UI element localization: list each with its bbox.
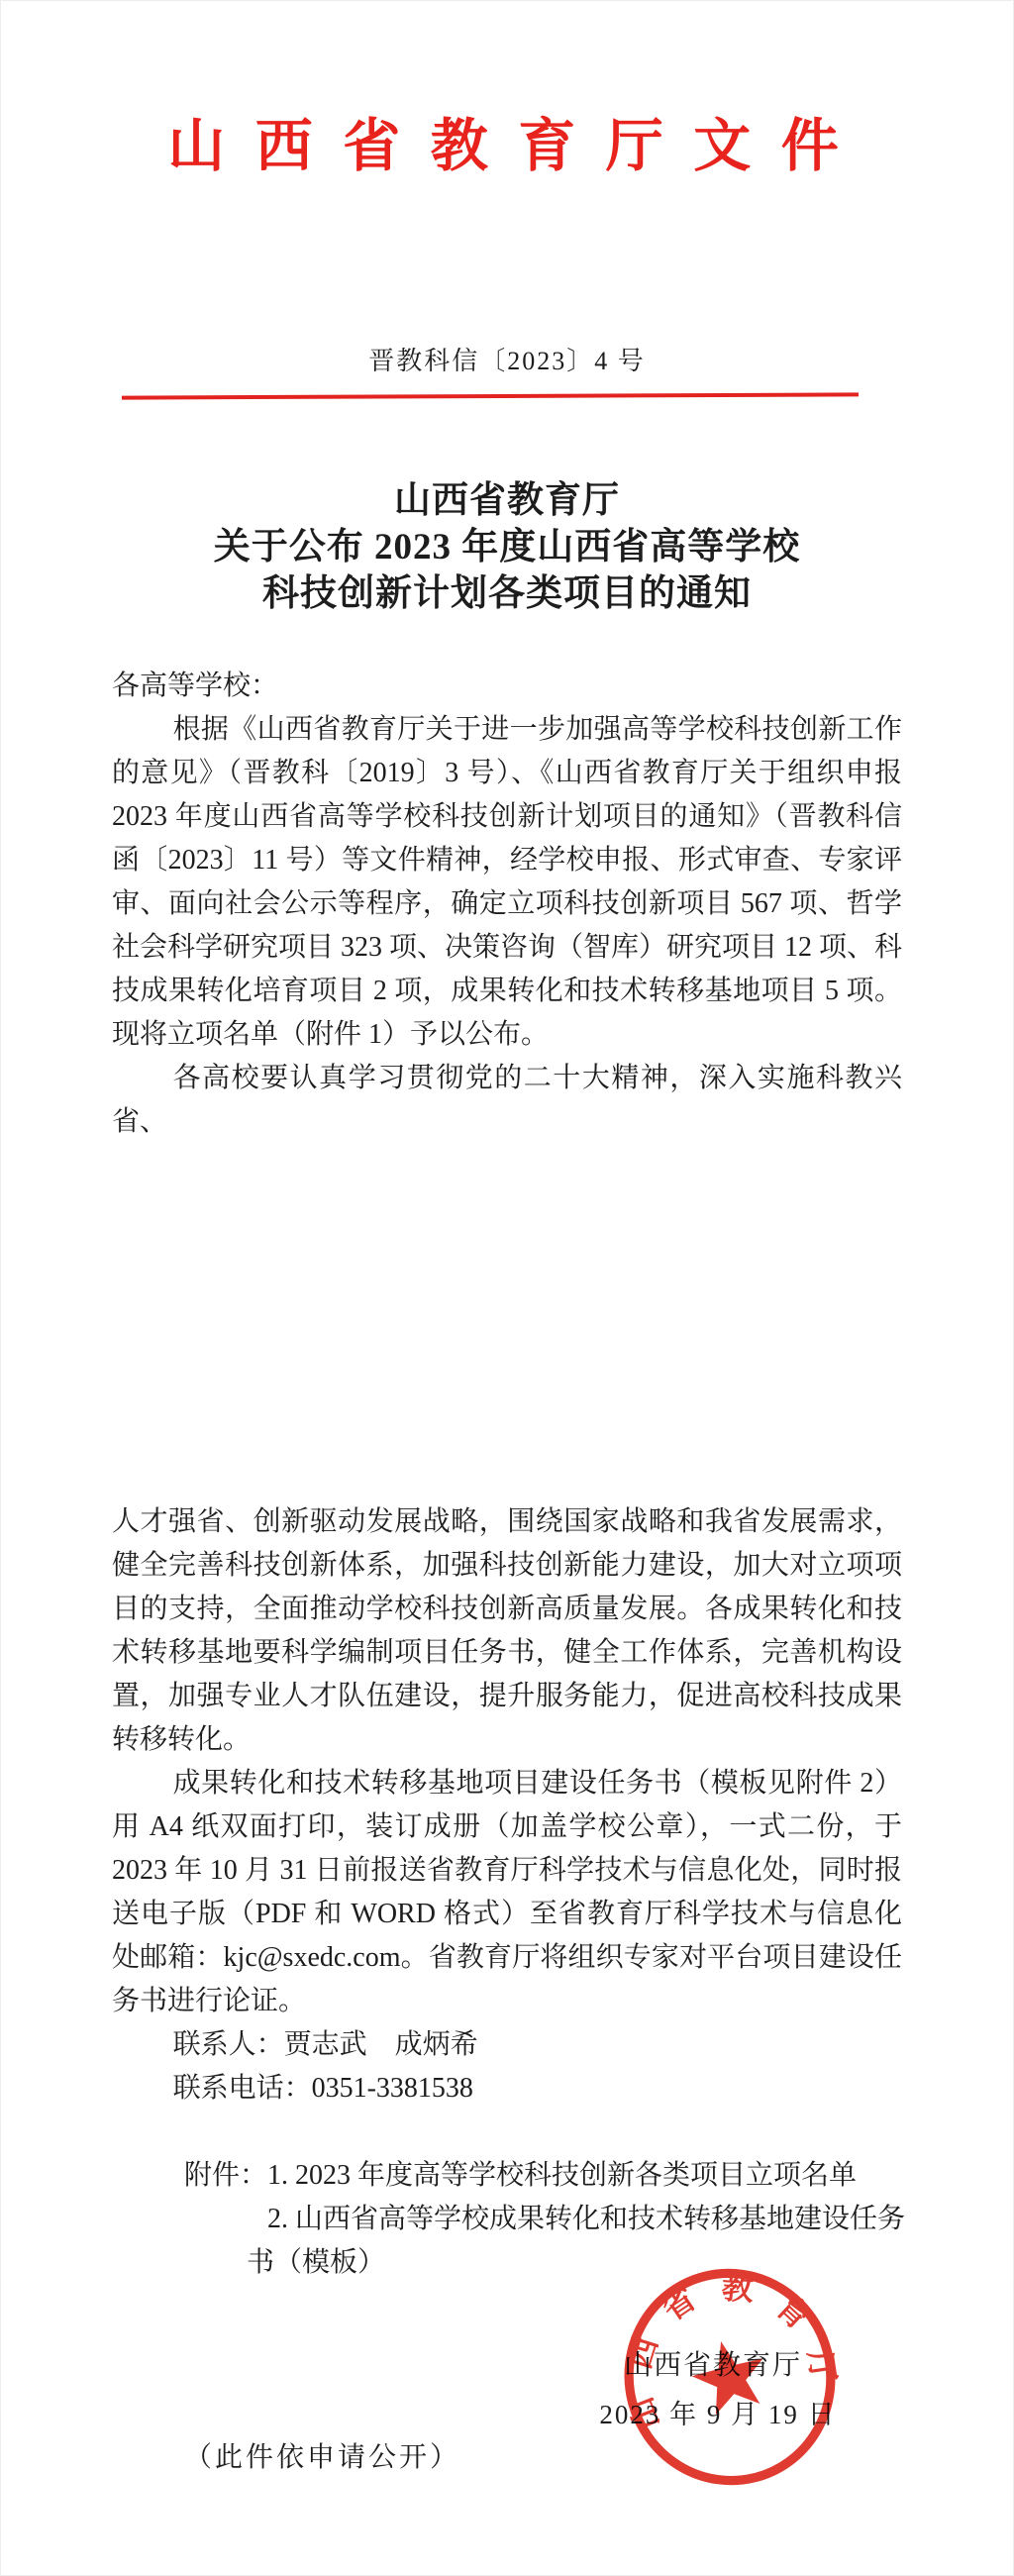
attachment-item-1-line-1: 1. 2023 年度高等学校科技创新各类项目立项名单: [267, 2154, 905, 2198]
official-red-seal: 山西省教育厅: [618, 2264, 842, 2490]
document-title-line-1: 山西省教育厅: [61, 477, 953, 524]
paragraph-basis: 根据《山西省教育厅关于进一步加强高等学校科技创新工作的意见》（晋教科〔2019〕…: [112, 708, 902, 1057]
document-title-line-2: 关于公布 2023 年度山西省高等学校: [61, 524, 953, 570]
attachment-item-1: 1. 2023 年度高等学校科技创新各类项目立项名单: [267, 2154, 905, 2198]
salutation: 各高等学校：: [112, 665, 902, 708]
document-title-line-3: 科技创新计划各类项目的通知: [61, 570, 953, 617]
paragraph-requirements-part2: 人才强省、创新驱动发展战略，围绕国家战略和我省发展需求，健全完善科技创新体系，加…: [112, 1500, 902, 1762]
attachment-item-2-line-1: 2. 山西省高等学校成果转化和技术转移基地建设任务: [267, 2198, 905, 2241]
seal-ring-text: 山西省教育厅: [618, 2264, 842, 2435]
official-document-page: 山 西 省 教 育 厅 文 件 晋教科信〔2023〕4 号 山西省教育厅 关于公…: [0, 0, 1014, 2576]
seal-ring-text-container: 山西省教育厅: [618, 2264, 842, 2435]
seal-star-icon: [685, 2332, 773, 2418]
document-body: 各高等学校：根据《山西省教育厅关于进一步加强高等学校科技创新工作的意见》（晋教科…: [112, 665, 902, 2285]
document-number: 晋教科信〔2023〕4 号: [0, 341, 1014, 377]
document-title: 山西省教育厅 关于公布 2023 年度山西省高等学校 科技创新计划各类项目的通知: [61, 477, 953, 617]
disclosure-note: （此件依申请公开）: [184, 2435, 460, 2475]
page-break-gap: [112, 1144, 902, 1500]
paragraph-requirements-part1: 各高校要认真学习贯彻党的二十大精神，深入实施科教兴省、: [112, 1057, 902, 1144]
contact-person: 联系人：贾志武 成炳希: [112, 2023, 902, 2067]
paragraph-submission: 成果转化和技术转移基地项目建设任务书（模板见附件 2）用 A4 纸双面打印，装订…: [112, 1762, 902, 2023]
contact-phone: 联系电话：0351-3381538: [112, 2067, 902, 2111]
red-divider-line: [122, 392, 859, 399]
letterhead-title: 山 西 省 教 育 厅 文 件: [0, 99, 1014, 182]
